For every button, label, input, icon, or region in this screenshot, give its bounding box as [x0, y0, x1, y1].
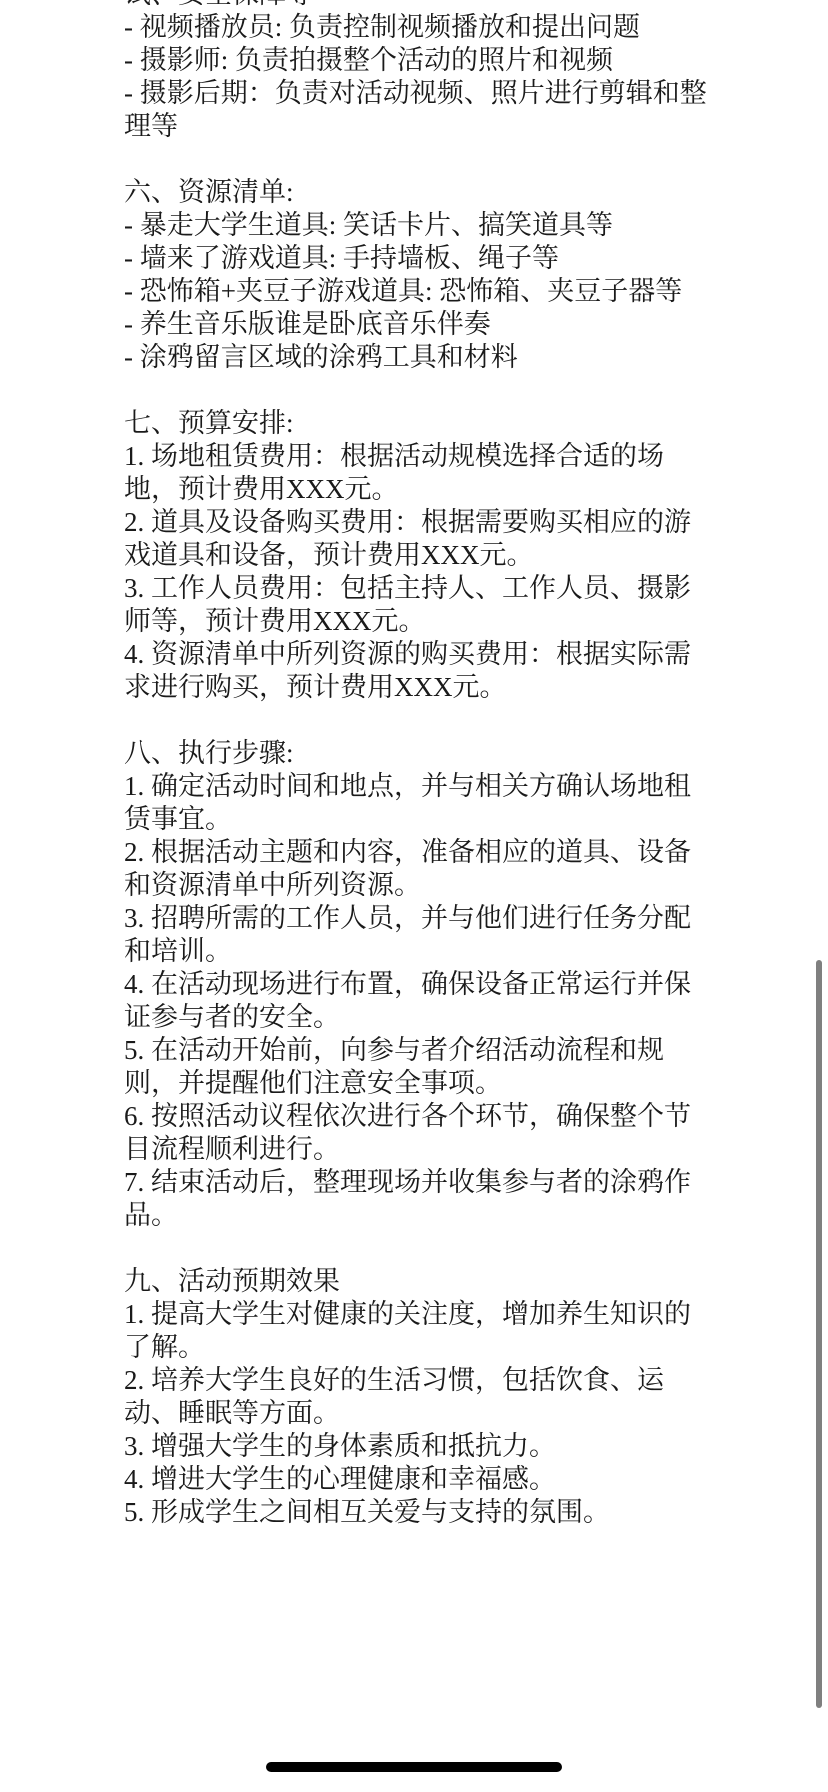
list-item: 3. 增强大学生的身体素质和抵抗力。 — [124, 1430, 714, 1463]
list-item: - 暴走大学生道具: 笑话卡片、搞笑道具等 — [124, 209, 714, 242]
list-item: 6. 按照活动议程依次进行各个环节，确保整个节目流程顺利进行。 — [124, 1100, 714, 1166]
list-item: 7. 结束活动后，整理现场并收集参与者的涂鸦作品。 — [124, 1166, 714, 1232]
list-item: - 摄影师: 负责拍摄整个活动的照片和视频 — [124, 44, 714, 77]
list-item: - 养生音乐版谁是卧底音乐伴奏 — [124, 308, 714, 341]
list-item: - 墙来了游戏道具: 手持墙板、绳子等 — [124, 242, 714, 275]
list-item: - 视频播放员: 负责控制视频播放和提出问题 — [124, 11, 714, 44]
list-item: 4. 在活动现场进行布置，确保设备正常运行并保证参与者的安全。 — [124, 968, 714, 1034]
list-item: 1. 确定活动时间和地点，并与相关方确认场地租赁事宜。 — [124, 770, 714, 836]
list-item: - 恐怖箱+夹豆子游戏道具: 恐怖箱、夹豆子器等 — [124, 275, 714, 308]
list-item: - 涂鸦留言区域的涂鸦工具和材料 — [124, 341, 714, 374]
list-item: - 摄影后期：负责对活动视频、照片进行剪辑和整理等 — [124, 77, 714, 143]
section-heading: 九、活动预期效果 — [124, 1265, 714, 1298]
section-resource-list: 六、资源清单: - 暴走大学生道具: 笑话卡片、搞笑道具等 - 墙来了游戏道具:… — [124, 176, 714, 374]
list-item: 5. 在活动开始前，向参与者介绍活动流程和规则，并提醒他们注意安全事项。 — [124, 1034, 714, 1100]
section-staff-roles-tail: 试、安全保障等 - 视频播放员: 负责控制视频播放和提出问题 - 摄影师: 负责… — [124, 0, 714, 143]
list-item: 3. 招聘所需的工作人员，并与他们进行任务分配和培训。 — [124, 902, 714, 968]
section-budget: 七、预算安排: 1. 场地租赁费用：根据活动规模选择合适的场地，预计费用XXX元… — [124, 407, 714, 704]
document-body: 试、安全保障等 - 视频播放员: 负责控制视频播放和提出问题 - 摄影师: 负责… — [124, 0, 714, 1562]
home-indicator[interactable] — [266, 1762, 562, 1772]
list-item: 5. 形成学生之间相互关爱与支持的氛围。 — [124, 1496, 714, 1529]
list-item: 2. 培养大学生良好的生活习惯，包括饮食、运动、睡眠等方面。 — [124, 1364, 714, 1430]
list-item: 4. 资源清单中所列资源的购买费用：根据实际需求进行购买，预计费用XXX元。 — [124, 638, 714, 704]
list-item: 1. 场地租赁费用：根据活动规模选择合适的场地，预计费用XXX元。 — [124, 440, 714, 506]
text-line: 试、安全保障等 — [124, 0, 714, 11]
section-execution-steps: 八、执行步骤: 1. 确定活动时间和地点，并与相关方确认场地租赁事宜。 2. 根… — [124, 737, 714, 1232]
section-expected-effects: 九、活动预期效果 1. 提高大学生对健康的关注度，增加养生知识的了解。 2. 培… — [124, 1265, 714, 1529]
section-heading: 八、执行步骤: — [124, 737, 714, 770]
section-heading: 六、资源清单: — [124, 176, 714, 209]
section-heading: 七、预算安排: — [124, 407, 714, 440]
list-item: 2. 道具及设备购买费用：根据需要购买相应的游戏道具和设备，预计费用XXX元。 — [124, 506, 714, 572]
list-item: 4. 增进大学生的心理健康和幸福感。 — [124, 1463, 714, 1496]
list-item: 2. 根据活动主题和内容，准备相应的道具、设备和资源清单中所列资源。 — [124, 836, 714, 902]
list-item: 1. 提高大学生对健康的关注度，增加养生知识的了解。 — [124, 1298, 714, 1364]
list-item: 3. 工作人员费用：包括主持人、工作人员、摄影师等，预计费用XXX元。 — [124, 572, 714, 638]
vertical-scrollbar[interactable] — [816, 960, 822, 1708]
